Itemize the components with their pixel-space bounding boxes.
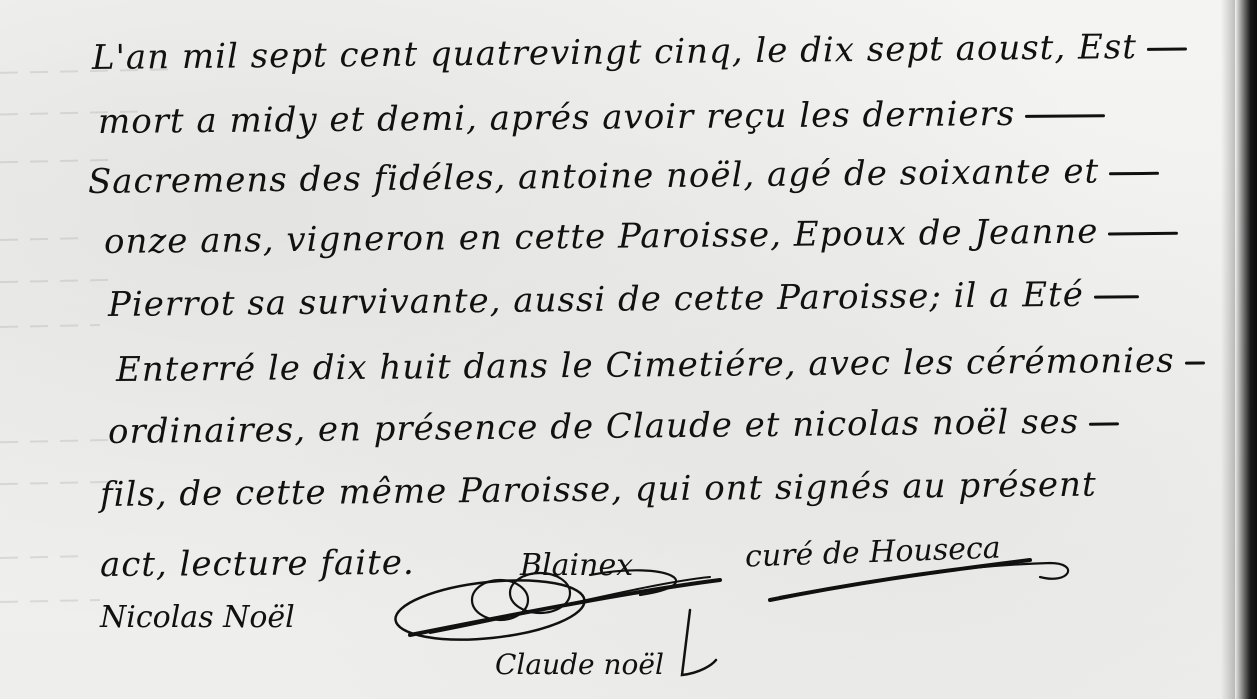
text-line-1: L'an mil sept cent quatrevingt cinq, le … — [92, 27, 1187, 78]
manuscript-page: L'an mil sept cent quatrevingt cinq, le … — [0, 0, 1257, 699]
text-line-3: Sacremens des fidéles, antoine noël, agé… — [88, 151, 1160, 202]
text-line-5: Pierrot sa survivante, aussi de cette Pa… — [108, 274, 1139, 325]
signature-stroke-icon — [660, 605, 720, 685]
text-line-8: fils, de cette même Paroisse, qui ont si… — [100, 465, 1097, 515]
line-text: fils, de cette même Paroisse, qui ont si… — [100, 465, 1097, 515]
bleed-through-line — [0, 555, 90, 559]
binding-gutter — [1235, 0, 1257, 699]
line-filler-stroke — [1094, 295, 1139, 298]
binding-shadow — [1221, 0, 1235, 699]
text-line-2: mort a midy et demi, aprés avoir reçu le… — [98, 93, 1106, 142]
line-filler-stroke — [1108, 231, 1178, 235]
line-filler-stroke — [1109, 171, 1159, 175]
witness-signature-1: Nicolas Noël — [100, 600, 295, 635]
text-line-7: ordinaires, en présence de Claude et nic… — [108, 401, 1120, 452]
line-filler-stroke — [1025, 114, 1105, 118]
line-filler-stroke — [1147, 47, 1187, 50]
text-line-6: Enterré le dix huit dans le Cimetiére, a… — [116, 341, 1205, 390]
bleed-through-line — [0, 279, 110, 283]
line-text: act, lecture faite. — [100, 543, 415, 585]
line-text: Enterré le dix huit dans le Cimetiére, a… — [116, 341, 1175, 390]
line-text: onze ans, vigneron en cette Paroisse, Ep… — [104, 212, 1099, 262]
text-line-4: onze ans, vigneron en cette Paroisse, Ep… — [104, 211, 1179, 262]
bleed-through-line — [0, 324, 100, 328]
line-text: Pierrot sa survivante, aussi de cette Pa… — [108, 275, 1084, 325]
line-text: ordinaires, en présence de Claude et nic… — [108, 402, 1080, 452]
line-text: mort a midy et demi, aprés avoir reçu le… — [98, 94, 1016, 142]
signature-name: Nicolas Noël — [100, 600, 295, 635]
line-text: L'an mil sept cent quatrevingt cinq, le … — [92, 27, 1137, 78]
line-filler-stroke — [1185, 361, 1205, 364]
signature-flourish-icon — [390, 555, 1090, 655]
text-line-9: act, lecture faite. — [100, 543, 415, 585]
bleed-through-line — [0, 237, 90, 241]
line-filler-stroke — [1089, 422, 1119, 425]
bleed-through-line — [0, 439, 120, 444]
bleed-through-line — [0, 599, 100, 603]
bleed-through-line — [0, 481, 110, 485]
line-text: Sacremens des fidéles, antoine noël, agé… — [88, 151, 1100, 202]
